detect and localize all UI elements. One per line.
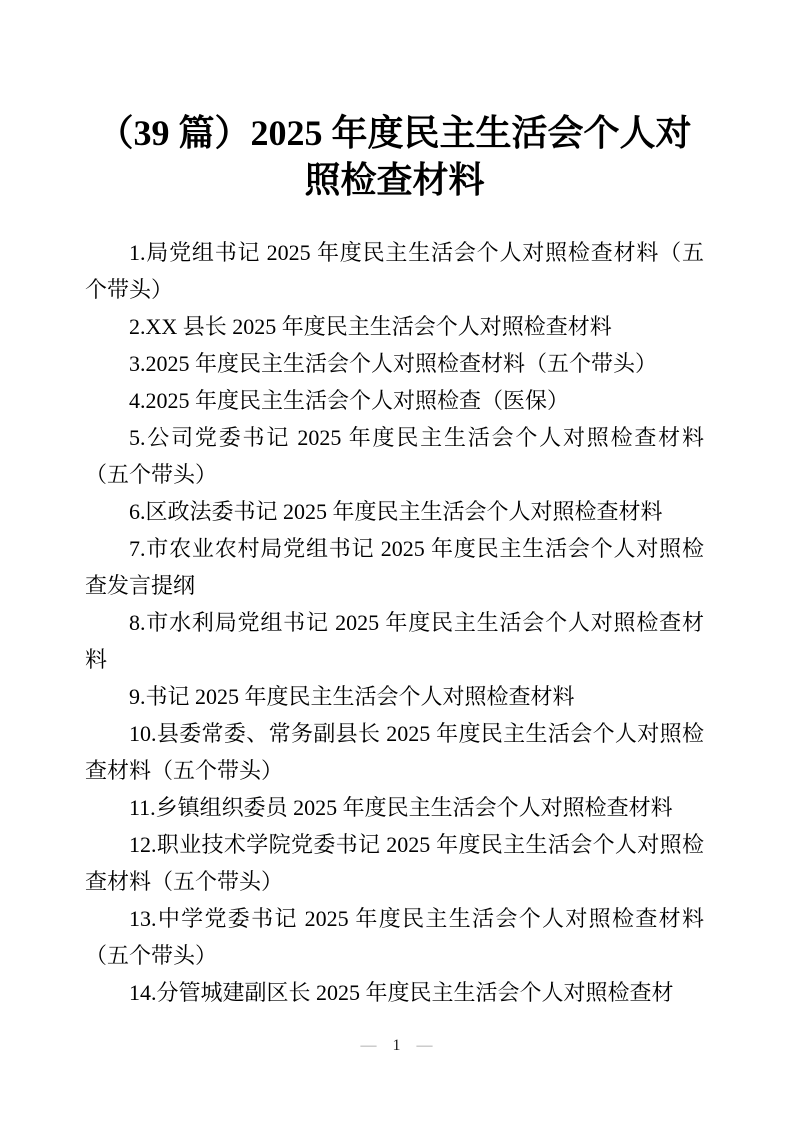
list-item: 13.中学党委书记 2025 年度民主生活会个人对照检查材料（五个带头） [85, 900, 704, 974]
list-item: 10.县委常委、常务副县长 2025 年度民主生活会个人对照检查材料（五个带头） [85, 715, 704, 789]
paragraph-list: 1.局党组书记 2025 年度民主生活会个人对照检查材料（五个带头）2.XX 县… [85, 234, 704, 1011]
list-item: 14.分管城建副区长 2025 年度民主生活会个人对照检查材 [85, 974, 704, 1011]
list-item: 12.职业技术学院党委书记 2025 年度民主生活会个人对照检查材料（五个带头） [85, 826, 704, 900]
document-title: （39 篇）2025 年度民主生活会个人对照检查材料 [85, 110, 704, 204]
list-item: 6.区政法委书记 2025 年度民主生活会个人对照检查材料 [85, 493, 704, 530]
page-content: （39 篇）2025 年度民主生活会个人对照检查材料 1.局党组书记 2025 … [0, 0, 793, 1011]
list-item: 2.XX 县长 2025 年度民主生活会个人对照检查材料 [85, 308, 704, 345]
list-item: 9.书记 2025 年度民主生活会个人对照检查材料 [85, 678, 704, 715]
list-item: 4.2025 年度民主生活会个人对照检查（医保） [85, 382, 704, 419]
list-item: 8.市水利局党组书记 2025 年度民主生活会个人对照检查材料 [85, 604, 704, 678]
list-item: 11.乡镇组织委员 2025 年度民主生活会个人对照检查材料 [85, 789, 704, 826]
list-item: 3.2025 年度民主生活会个人对照检查材料（五个带头） [85, 345, 704, 382]
page-footer: — 1 — [0, 1036, 793, 1056]
list-item: 5.公司党委书记 2025 年度民主生活会个人对照检查材料（五个带头） [85, 419, 704, 493]
footer-dash-left: — [361, 1037, 377, 1054]
list-item: 1.局党组书记 2025 年度民主生活会个人对照检查材料（五个带头） [85, 234, 704, 308]
footer-dash-right: — [417, 1037, 433, 1054]
document-page: （39 篇）2025 年度民主生活会个人对照检查材料 1.局党组书记 2025 … [0, 0, 793, 1122]
page-number: 1 [393, 1037, 401, 1054]
list-item: 7.市农业农村局党组书记 2025 年度民主生活会个人对照检查发言提纲 [85, 530, 704, 604]
